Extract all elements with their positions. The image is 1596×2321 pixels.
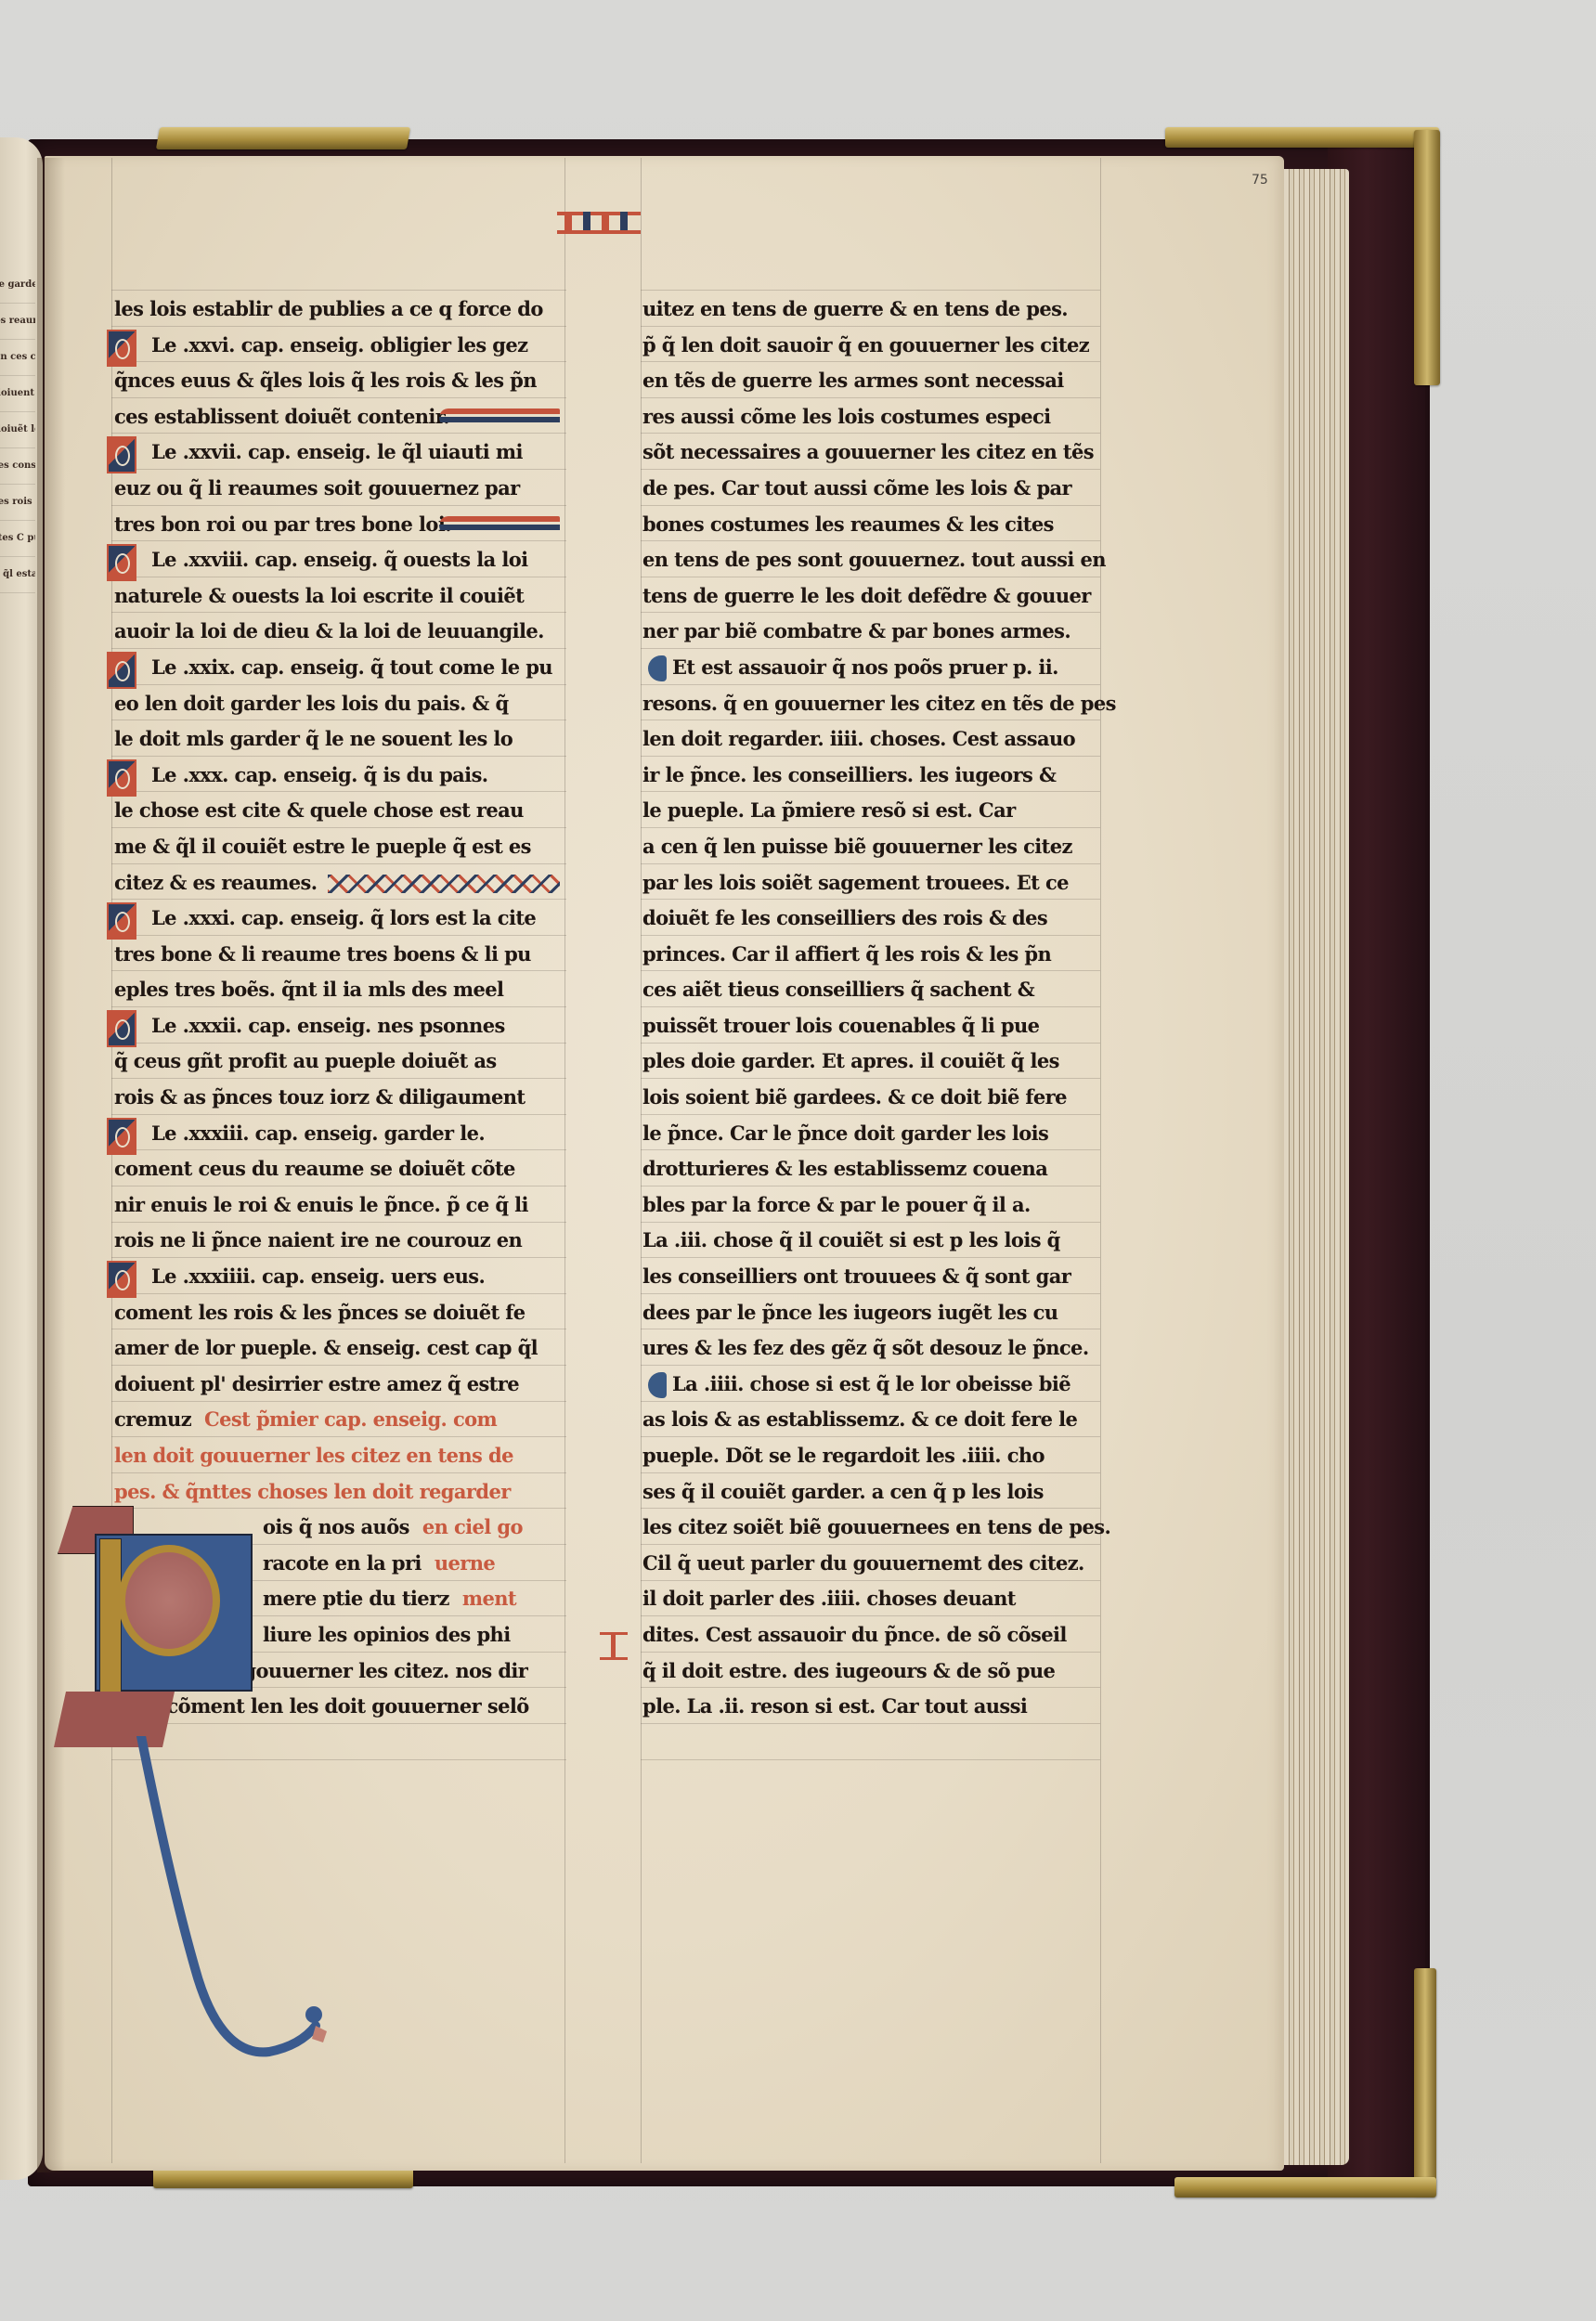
line-text-black: mere ptie du tierz bbox=[263, 1587, 449, 1610]
line-text: rois ne li p̃nce naient ire ne courouz e… bbox=[114, 1228, 522, 1251]
line-text: Le .xxxiiii. cap. enseig. uers eus. bbox=[151, 1264, 485, 1288]
manuscript-line: Le .xxvii. cap. enseig. le q̃l uiauti mi bbox=[114, 434, 578, 471]
manuscript-line: a cen q̃ len puisse biẽ gouuerner les ci… bbox=[642, 829, 1107, 865]
manuscript-line: Le .xxx. cap. enseig. q̃ is du pais. bbox=[114, 758, 578, 794]
manuscript-line: en tens de pes sont gouuernez. tout auss… bbox=[642, 542, 1107, 578]
manuscript-line: len doit regarder. iiii. choses. Cest as… bbox=[642, 721, 1107, 758]
manuscript-line: dites. Cest assauoir du p̃nce. de sõ cõs… bbox=[642, 1617, 1107, 1653]
chapter-initial-l-icon bbox=[107, 1010, 136, 1047]
verso-fragment: les rois & li bbox=[0, 485, 35, 521]
brass-corner-clasp-bottom-left bbox=[153, 2168, 413, 2188]
line-text: Le .xxxii. cap. enseig. nes psonnes bbox=[151, 1014, 505, 1037]
manuscript-line: Le .xxvi. cap. enseig. obligier les gez bbox=[114, 328, 578, 364]
line-text: le chose est cite & quele chose est reau bbox=[114, 798, 524, 822]
line-text: resons. q̃ en gouuerner les citez en tẽs… bbox=[642, 692, 1116, 715]
line-text: Le .xxviii. cap. enseig. q̃ ouests la lo… bbox=[151, 548, 528, 571]
initial-bowl-rosettes bbox=[118, 1545, 220, 1656]
manuscript-line: princes. Car il affiert q̃ les rois & le… bbox=[642, 937, 1107, 973]
manuscript-line: La .iii. chose q̃ il couiẽt si est p les… bbox=[642, 1223, 1107, 1259]
line-text: les lois establir de publies a ce q forc… bbox=[114, 297, 543, 320]
manuscript-line: il doit parler des .iiii. choses deuant bbox=[642, 1581, 1107, 1617]
line-text: Le .xxvii. cap. enseig. le q̃l uiauti mi bbox=[151, 440, 523, 463]
manuscript-line: ples doie garder. Et apres. il couiẽt q̃… bbox=[642, 1044, 1107, 1080]
manuscript-line: Le .xxxi. cap. enseig. q̃ lors est la ci… bbox=[114, 901, 578, 937]
line-text: La .iii. chose q̃ il couiẽt si est p les… bbox=[642, 1228, 1060, 1251]
line-text: Le .xxx. cap. enseig. q̃ is du pais. bbox=[151, 763, 488, 786]
manuscript-line: sõt necessaires a gouuerner les citez en… bbox=[642, 434, 1107, 471]
manuscript-line: tres bon roi ou par tres bone loi. bbox=[114, 507, 578, 543]
manuscript-line: ner par biẽ combatre & par bones armes. bbox=[642, 614, 1107, 650]
verso-fragment: s q̃l establis bbox=[0, 557, 35, 593]
line-text: le doit mls garder q̃ le ne souent les l… bbox=[114, 727, 513, 750]
running-head-iiii bbox=[557, 210, 641, 238]
historiated-initial-p bbox=[58, 1497, 253, 1729]
line-text-black: cremuz bbox=[114, 1407, 191, 1431]
manuscript-line: les conseilliers ont trouuees & q̃ sont … bbox=[642, 1259, 1107, 1295]
page-edges-stack bbox=[1284, 169, 1349, 2165]
manuscript-line: nir enuis le roi & enuis le p̃nce. p̃ ce… bbox=[114, 1187, 578, 1224]
line-text: p̃ q̃ len doit sauoir q̃ en gouuerner le… bbox=[642, 333, 1089, 357]
verso-fragment: te garder ei bbox=[0, 267, 35, 304]
line-text: puissẽt trouer lois couenables q̃ li pue bbox=[642, 1014, 1039, 1037]
manuscript-line: Le .xxxiii. cap. enseig. garder le. bbox=[114, 1116, 578, 1152]
line-text: Et est assauoir q̃ nos poõs pruer p. ii. bbox=[672, 655, 1058, 679]
brass-corner-clasp-bottom-right bbox=[1174, 2177, 1436, 2198]
line-text: nir enuis le roi & enuis le p̃nce. p̃ ce… bbox=[114, 1193, 528, 1216]
line-text: ses q̃ il couiẽt garder. a cen q̃ p les … bbox=[642, 1480, 1044, 1503]
line-filler-ornament bbox=[439, 408, 560, 427]
line-text: Le .xxxiii. cap. enseig. garder le. bbox=[151, 1122, 485, 1145]
ruling-line-horizontal bbox=[111, 290, 566, 291]
line-text: eo len doit garder les lois du pais. & q… bbox=[114, 692, 509, 715]
line-text: en tens de pes sont gouuernez. tout auss… bbox=[642, 548, 1106, 571]
chapter-initial-l-icon bbox=[107, 1261, 136, 1298]
manuscript-line: Le .xxxii. cap. enseig. nes psonnes bbox=[114, 1008, 578, 1044]
line-text: rois & as p̃nces touz iorz & diligaument bbox=[114, 1085, 526, 1109]
line-text: ner par biẽ combatre & par bones armes. bbox=[642, 619, 1070, 642]
verso-fragment: doiuẽt le droit bbox=[0, 412, 35, 448]
manuscript-line: ces aiẽt tieus conseilliers q̃ sachent & bbox=[642, 972, 1107, 1008]
line-text: eples tres boẽs. q̃nt il ia mls des meel bbox=[114, 978, 503, 1001]
text-column-b: uitez en tens de guerre & en tens de pes… bbox=[642, 292, 1107, 1725]
chapter-initial-l-icon bbox=[107, 330, 136, 367]
manuscript-line: Le .xxxiiii. cap. enseig. uers eus. bbox=[114, 1259, 578, 1295]
line-text: len doit gouuerner les citez en tens de bbox=[114, 1444, 513, 1467]
brass-corner-clasp-top-left bbox=[156, 127, 410, 149]
line-text: doiuẽt fe les conseilliers des rois & de… bbox=[642, 906, 1047, 929]
manuscript-line: les citez soiẽt biẽ gouuernees en tens d… bbox=[642, 1510, 1107, 1546]
line-text: il doit parler des .iiii. choses deuant bbox=[642, 1587, 1016, 1610]
manuscript-line: coment ceus du reaume se doiuẽt cõte bbox=[114, 1151, 578, 1187]
chapter-initial-l-icon bbox=[107, 544, 136, 581]
manuscript-line: le pueple. La p̃miere resõ si est. Car bbox=[642, 793, 1107, 829]
manuscript-line: uitez en tens de guerre & en tens de pes… bbox=[642, 292, 1107, 328]
line-text: auoir la loi de dieu & la loi de leuuang… bbox=[114, 619, 544, 642]
manuscript-line: par les lois soiẽt sagement trouees. Et … bbox=[642, 865, 1107, 901]
manuscript-line: dees par le p̃nce les iugeors iugẽt les … bbox=[642, 1295, 1107, 1331]
chapter-initial-l-icon bbox=[107, 436, 136, 473]
manuscript-line: citez & es reaumes. bbox=[114, 865, 578, 901]
line-text: Cil q̃ ueut parler du gouuernemt des cit… bbox=[642, 1551, 1084, 1575]
verso-fragment: ites C puis bbox=[0, 521, 35, 557]
line-text: pueple. Dõt se le regardoit les .iiii. c… bbox=[642, 1444, 1045, 1467]
line-text-black: racote en la pri bbox=[263, 1551, 422, 1575]
chapter-initial-l-icon bbox=[107, 759, 136, 797]
marginal-rubric-i bbox=[600, 1632, 628, 1660]
line-text: coment ceus du reaume se doiuẽt cõte bbox=[114, 1157, 515, 1180]
ruling-line-vertical bbox=[641, 158, 642, 2163]
line-text: liure les opinios des phi bbox=[263, 1623, 511, 1646]
manuscript-line: puissẽt trouer lois couenables q̃ li pue bbox=[642, 1008, 1107, 1044]
line-text: naturele & ouests la loi escrite il coui… bbox=[114, 584, 524, 607]
paragraph-mark-icon bbox=[648, 655, 667, 681]
manuscript-line: pueple. Dõt se le regardoit les .iiii. c… bbox=[642, 1438, 1107, 1474]
verso-fragment: en ces choses bbox=[0, 340, 35, 376]
manuscript-line: bones costumes les reaumes & les cites bbox=[642, 507, 1107, 543]
gutter-shadow bbox=[37, 158, 65, 2172]
manuscript-line: res aussi cõme les lois costumes especi bbox=[642, 399, 1107, 435]
line-text: dites. Cest assauoir du p̃nce. de sõ cõs… bbox=[642, 1623, 1067, 1646]
line-text: les conseilliers ont trouuees & q̃ sont … bbox=[642, 1264, 1070, 1288]
line-text: les citez soiẽt biẽ gouuernees en tens d… bbox=[642, 1515, 1110, 1538]
manuscript-line: ple. La .ii. reson si est. Car tout auss… bbox=[642, 1689, 1107, 1725]
line-text: ple. La .ii. reson si est. Car tout auss… bbox=[642, 1694, 1027, 1718]
brass-corner-clasp-right-top bbox=[1414, 130, 1440, 385]
line-text-rubric: uerne bbox=[435, 1551, 495, 1575]
chapter-initial-l-icon bbox=[107, 902, 136, 940]
line-text: dees par le p̃nce les iugeors iugẽt les … bbox=[642, 1301, 1058, 1324]
manuscript-line: Et est assauoir q̃ nos poõs pruer p. ii. bbox=[642, 650, 1107, 686]
brass-corner-clasp-top-right bbox=[1165, 127, 1439, 148]
line-text: drotturieres & les establissemz couena bbox=[642, 1157, 1047, 1180]
line-text: le pueple. La p̃miere resõ si est. Car bbox=[642, 798, 1016, 822]
manuscript-line: euz ou q̃ li reaumes soit gouuernez par bbox=[114, 471, 578, 507]
manuscript-line: le p̃nce. Car le p̃nce doit garder les l… bbox=[642, 1116, 1107, 1152]
manuscript-line: me & q̃l il couiẽt estre le pueple q̃ es… bbox=[114, 829, 578, 865]
line-text: doiuent pl' desirrier estre amez q̃ estr… bbox=[114, 1372, 519, 1395]
line-text: uitez en tens de guerre & en tens de pes… bbox=[642, 297, 1068, 320]
manuscript-line: auoir la loi de dieu & la loi de leuuang… bbox=[114, 614, 578, 650]
manuscript-line: tres bone & li reaume tres boens & li pu bbox=[114, 937, 578, 973]
line-text: tens de guerre le les doit defẽdre & gou… bbox=[642, 584, 1091, 607]
line-text: par les lois soiẽt sagement trouees. Et … bbox=[642, 871, 1069, 894]
manuscript-line: len doit gouuerner les citez en tens de bbox=[114, 1438, 578, 1474]
chapter-initial-l-icon bbox=[107, 1118, 136, 1155]
manuscript-line: Le .xxix. cap. enseig. q̃ tout come le p… bbox=[114, 650, 578, 686]
manuscript-line: Le .xxviii. cap. enseig. q̃ ouests la lo… bbox=[114, 542, 578, 578]
manuscript-line: Cil q̃ ueut parler du gouuernemt des cit… bbox=[642, 1546, 1107, 1582]
manuscript-line: cremuzCest p̃mier cap. enseig. com bbox=[114, 1402, 578, 1438]
line-text: princes. Car il affiert q̃ les rois & le… bbox=[642, 942, 1051, 966]
manuscript-line: q̃ ceus gñt profit au pueple doiuẽt as bbox=[114, 1044, 578, 1080]
line-text: ces establissent doiuẽt contenir. bbox=[114, 405, 449, 428]
manuscript-line: drotturieres & les establissemz couena bbox=[642, 1151, 1107, 1187]
verso-fragment: doiuent estre bbox=[0, 376, 35, 412]
manuscript-line: La .iiii. chose si est q̃ le lor obeisse… bbox=[642, 1367, 1107, 1403]
folio-number: 75 bbox=[1252, 173, 1268, 188]
manuscript-line: doiuẽt fe les conseilliers des rois & de… bbox=[642, 901, 1107, 937]
line-text: len doit regarder. iiii. choses. Cest as… bbox=[642, 727, 1075, 750]
line-text: a cen q̃ len puisse biẽ gouuerner les ci… bbox=[642, 835, 1072, 858]
manuscript-line: coment les rois & les p̃nces se doiuẽt f… bbox=[114, 1295, 578, 1331]
initial-tail-flourish-icon bbox=[130, 1736, 334, 2070]
line-text-rubric: en ciel go bbox=[422, 1515, 523, 1538]
ruling-line-horizontal bbox=[641, 1759, 1100, 1760]
manuscript-line: tens de guerre le les doit defẽdre & gou… bbox=[642, 578, 1107, 615]
manuscript-line: eo len doit garder les lois du pais. & q… bbox=[114, 686, 578, 722]
line-text-rubric: ment bbox=[462, 1587, 516, 1610]
line-text: ir le p̃nce. les conseilliers. les iugeo… bbox=[642, 763, 1056, 786]
manuscript-line: ures & les fez des gẽz q̃ sõt desouz le … bbox=[642, 1330, 1107, 1367]
paragraph-mark-icon bbox=[648, 1372, 667, 1398]
line-text: tres bone & li reaume tres boens & li pu bbox=[114, 942, 531, 966]
manuscript-line: eples tres boẽs. q̃nt il ia mls des meel bbox=[114, 972, 578, 1008]
manuscript-line: p̃ q̃ len doit sauoir q̃ en gouuerner le… bbox=[642, 328, 1107, 364]
line-text: ples doie garder. Et apres. il couiẽt q̃… bbox=[642, 1049, 1059, 1072]
manuscript-line: de pes. Car tout aussi cõme les lois & p… bbox=[642, 471, 1107, 507]
line-text: euz ou q̃ li reaumes soit gouuernez par bbox=[114, 476, 520, 499]
manuscript-line: ir le p̃nce. les conseilliers. les iugeo… bbox=[642, 758, 1107, 794]
manuscript-line: rois ne li p̃nce naient ire ne courouz e… bbox=[114, 1223, 578, 1259]
line-text: en tẽs de guerre les armes sont necessai bbox=[642, 369, 1064, 392]
line-text: citez & es reaumes. bbox=[114, 871, 317, 894]
manuscript-line: q̃ il doit estre. des iugeours & de sõ p… bbox=[642, 1653, 1107, 1690]
manuscript-line: as lois & as establissemz. & ce doit fer… bbox=[642, 1402, 1107, 1438]
line-text: sõt necessaires a gouuerner les citez en… bbox=[642, 440, 1094, 463]
line-text: coment les rois & les p̃nces se doiuẽt f… bbox=[114, 1301, 525, 1324]
line-text: tres bon roi ou par tres bone loi. bbox=[114, 512, 451, 536]
line-text-rubric: Cest p̃mier cap. enseig. com bbox=[204, 1407, 497, 1431]
line-text: ces aiẽt tieus conseilliers q̃ sachent & bbox=[642, 978, 1034, 1001]
line-filler-ornament bbox=[439, 516, 560, 535]
line-text: le p̃nce. Car le p̃nce doit garder les l… bbox=[642, 1122, 1048, 1145]
line-text: La .iiii. chose si est q̃ le lor obeisse… bbox=[672, 1372, 1070, 1395]
manuscript-line: bles par la force & par le pouer q̃ il a… bbox=[642, 1187, 1107, 1224]
manuscript-line: doiuent pl' desirrier estre amez q̃ estr… bbox=[114, 1367, 578, 1403]
verso-fragment: os reaumes bbox=[0, 304, 35, 340]
line-text: as lois & as establissemz. & ce doit fer… bbox=[642, 1407, 1077, 1431]
line-text: res aussi cõme les lois costumes especi bbox=[642, 405, 1051, 428]
manuscript-line: ses q̃ il couiẽt garder. a cen q̃ p les … bbox=[642, 1474, 1107, 1511]
line-text: me & q̃l il couiẽt estre le pueple q̃ es… bbox=[114, 835, 531, 858]
line-text: bones costumes les reaumes & les cites bbox=[642, 512, 1054, 536]
line-text: Le .xxix. cap. enseig. q̃ tout come le p… bbox=[151, 655, 552, 679]
line-text: Le .xxvi. cap. enseig. obligier les gez bbox=[151, 333, 527, 357]
line-text: de pes. Car tout aussi cõme les lois & p… bbox=[642, 476, 1071, 499]
manuscript-line: q̃nces euus & q̃les lois q̃ les rois & l… bbox=[114, 363, 578, 399]
line-text: ures & les fez des gẽz q̃ sõt desouz le … bbox=[642, 1336, 1089, 1359]
line-text: q̃nces euus & q̃les lois q̃ les rois & l… bbox=[114, 369, 537, 392]
manuscript-line: naturele & ouests la loi escrite il coui… bbox=[114, 578, 578, 615]
manuscript-line: amer de lor pueple. & enseig. cest cap q… bbox=[114, 1330, 578, 1367]
chapter-initial-l-icon bbox=[107, 652, 136, 689]
verso-text-fragments: te garder eios reaumesen ces chosesdoiue… bbox=[0, 267, 35, 593]
manuscript-line: les lois establir de publies a ce q forc… bbox=[114, 292, 578, 328]
ruling-line-horizontal bbox=[641, 290, 1100, 291]
manuscript-line: resons. q̃ en gouuerner les citez en tẽs… bbox=[642, 686, 1107, 722]
line-text-black: ois q̃ nos auõs bbox=[263, 1515, 409, 1538]
line-text: q̃ ceus gñt profit au pueple doiuẽt as bbox=[114, 1049, 497, 1072]
line-text: lois soient biẽ gardees. & ce doit biẽ f… bbox=[642, 1085, 1067, 1109]
line-text: q̃ il doit estre. des iugeours & de sõ p… bbox=[642, 1659, 1055, 1682]
verso-fragment: les conseil bbox=[0, 448, 35, 485]
line-text: bles par la force & par le pouer q̃ il a… bbox=[642, 1193, 1031, 1216]
manuscript-line: ces establissent doiuẽt contenir. bbox=[114, 399, 578, 435]
manuscript-line: rois & as p̃nces touz iorz & diligaument bbox=[114, 1080, 578, 1116]
manuscript-line: le chose est cite & quele chose est reau bbox=[114, 793, 578, 829]
manuscript-line: le doit mls garder q̃ le ne souent les l… bbox=[114, 721, 578, 758]
line-text: Le .xxxi. cap. enseig. q̃ lors est la ci… bbox=[151, 906, 536, 929]
manuscript-line: lois soient biẽ gardees. & ce doit biẽ f… bbox=[642, 1080, 1107, 1116]
brass-corner-clasp-right-bottom bbox=[1414, 1968, 1436, 2196]
line-filler-ornament bbox=[328, 875, 560, 893]
manuscript-line: en tẽs de guerre les armes sont necessai bbox=[642, 363, 1107, 399]
line-text: amer de lor pueple. & enseig. cest cap q… bbox=[114, 1336, 538, 1359]
